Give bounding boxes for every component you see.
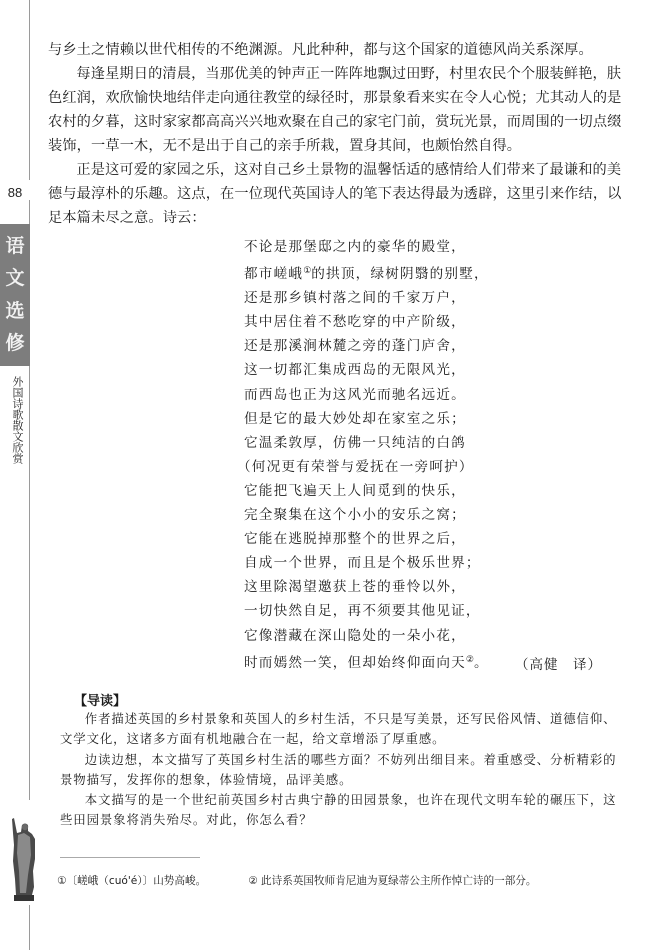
poem-line: 这里除渴望邀获上苍的垂怜以外， <box>244 575 604 599</box>
page-number: 88 <box>3 185 27 200</box>
series-label-block: 语 文 选 修 <box>0 224 30 366</box>
footnote-divider <box>60 857 200 858</box>
paragraph: 每逢星期日的清晨，当那优美的钟声正一阵阵地飘过田野，村里农民个个服装鲜艳，肤色红… <box>48 62 628 158</box>
paragraph: 正是这可爱的家园之乐，这对自己乡土景物的温馨恬适的感情给人们带来了最谦和的美德与… <box>48 158 628 230</box>
footnote-2: ② 此诗系英国牧师肯尼迪为夏绿蒂公主所作悼亡诗的一部分。 <box>248 873 536 888</box>
guide-text: 作者描述英国的乡村景象和英国人的乡村生活，不只是写美景，还写民俗风情、道德信仰、… <box>60 709 628 831</box>
poem-line: 而西岛也正为这风光而驰名远近。 <box>244 383 604 407</box>
poem-line: 它温柔敦厚，仿佛一只纯洁的白鸽 <box>244 431 604 455</box>
book-title: 外国诗歌散文欣赏 <box>6 376 24 464</box>
series-char: 选 <box>5 302 24 321</box>
series-char: 文 <box>5 269 24 288</box>
margin-rule-bottom <box>29 905 30 950</box>
series-char: 语 <box>5 237 24 256</box>
poem-line: 但是它的最大妙处却在家室之乐； <box>244 407 604 431</box>
statue-icon <box>4 815 44 905</box>
guide-paragraph: 边读边想，本文描写了英国乡村生活的哪些方面？不妨列出细目来。着重感受、分析精彩的… <box>60 750 628 791</box>
poem-line: 它能把飞遍天上人间觅到的快乐， <box>244 479 604 503</box>
series-char: 修 <box>5 334 24 353</box>
poem-line: 其中居住着不愁吃穿的中产阶级， <box>244 310 604 334</box>
poem-line: 都市嵯峨①的拱顶，绿树阴翳的别墅， <box>244 259 604 286</box>
paragraph: 与乡土之情赖以世代相传的不绝渊源。凡此种种，都与这个国家的道德风尚关系深厚。 <box>48 38 628 62</box>
poem-line: 自成一个世界，而且是个极乐世界； <box>244 551 604 575</box>
footnote-ref-2[interactable]: ② <box>466 655 474 665</box>
guide-paragraph: 作者描述英国的乡村景象和英国人的乡村生活，不只是写美景，还写民俗风情、道德信仰、… <box>60 709 628 750</box>
poem-line: 这一切都汇集成西岛的无限风光， <box>244 358 604 382</box>
guide-paragraph: 本文描写的是一个世纪前英国乡村古典宁静的田园景象，也许在现代文明车轮的碾压下，这… <box>60 790 628 831</box>
poem-line: 完全聚集在这个小小的安乐之窝； <box>244 503 604 527</box>
poem-line: （何况更有荣誉与爱抚在一旁呵护） <box>237 455 604 479</box>
margin-rule-top <box>29 0 30 180</box>
poem-line: 它像潜藏在深山隐处的一朵小花， <box>244 624 604 648</box>
footnotes: ①〔嵯峨（cuó'é）〕山势高峻。 ② 此诗系英国牧师肯尼迪为夏绿蒂公主所作悼亡… <box>57 873 537 888</box>
poem: 不论是那堡邸之内的豪华的殿堂， 都市嵯峨①的拱顶，绿树阴翳的别墅， 还是那乡镇村… <box>244 235 604 675</box>
guide-heading: 【导读】 <box>74 690 126 709</box>
body-text: 与乡土之情赖以世代相传的不绝渊源。凡此种种，都与这个国家的道德风尚关系深厚。 每… <box>48 38 628 230</box>
poem-line: 还是那乡镇村落之间的千家万户， <box>244 286 604 310</box>
poem-line: 还是那溪涧林麓之旁的蓬门庐舍， <box>244 334 604 358</box>
poem-line: 一切快然自足，再不须要其他见证， <box>244 599 604 623</box>
poem-line: 它能在逃脱掉那整个的世界之后， <box>244 527 604 551</box>
footnote-1: ①〔嵯峨（cuó'é）〕山势高峻。 <box>57 873 206 888</box>
translator-credit: （高健 译） <box>515 653 602 673</box>
poem-line: 不论是那堡邸之内的豪华的殿堂， <box>244 235 604 259</box>
